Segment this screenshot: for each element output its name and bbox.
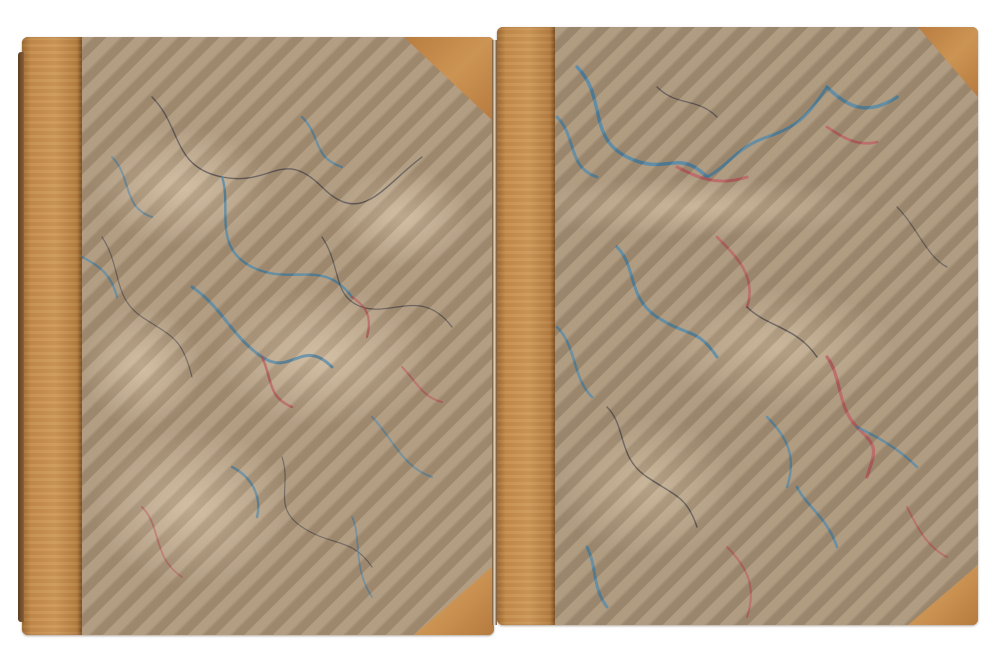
left-book-cover bbox=[22, 37, 494, 635]
right-leather-spine bbox=[497, 27, 555, 625]
right-book-cover bbox=[497, 27, 978, 625]
left-light-streaks bbox=[22, 37, 494, 635]
right-light-streaks bbox=[497, 27, 978, 625]
left-book-edge bbox=[18, 52, 24, 622]
left-leather-spine bbox=[22, 37, 82, 635]
